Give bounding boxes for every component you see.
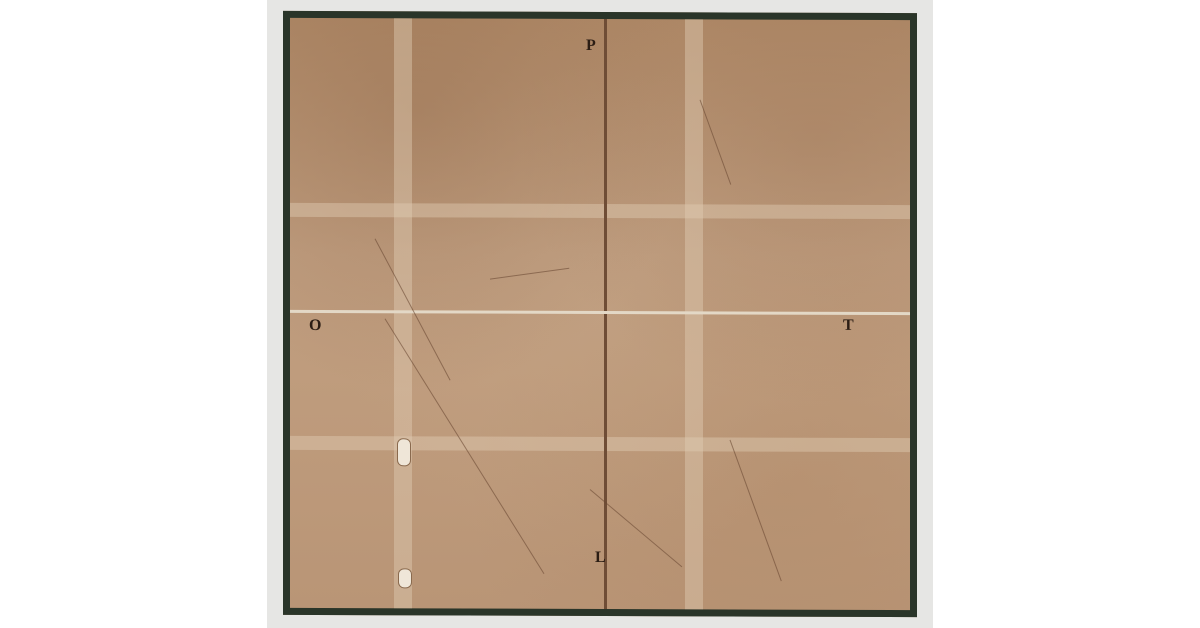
map-marker-right: T xyxy=(843,317,854,335)
paper-damage xyxy=(398,568,412,588)
horizontal-fold xyxy=(290,310,910,315)
ink-line xyxy=(490,268,569,280)
ink-line xyxy=(700,100,732,185)
ink-line xyxy=(730,440,782,581)
map-marker-left: O xyxy=(309,317,321,335)
map-marker-top: P xyxy=(586,37,596,55)
antique-map: P O T L xyxy=(283,11,917,617)
map-marker-bottom: L xyxy=(595,549,606,567)
tape-strip xyxy=(290,436,910,452)
tape-strip xyxy=(290,203,910,219)
paper-damage xyxy=(397,438,411,466)
